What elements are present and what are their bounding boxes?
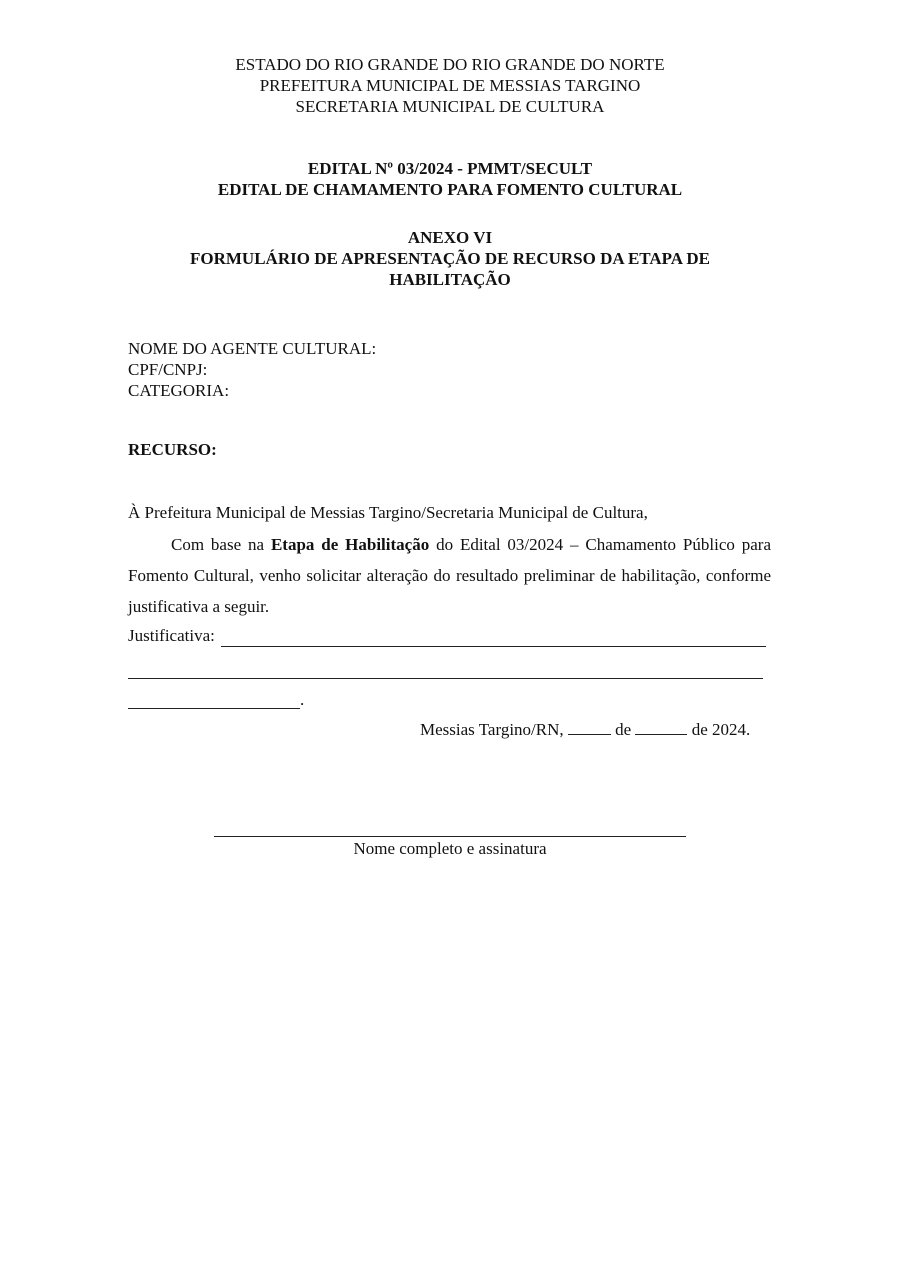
justification-line-2[interactable] [128, 678, 763, 679]
annex-number: ANEXO VI [0, 227, 900, 248]
addressee-line: À Prefeitura Municipal de Messias Targin… [128, 503, 648, 523]
month-blank[interactable] [635, 720, 687, 735]
header-state: ESTADO DO RIO GRANDE DO RIO GRANDE DO NO… [0, 54, 900, 75]
request-paragraph: Com base na Etapa de Habilitação do Edit… [128, 529, 771, 622]
annex-subtitle: FORMULÁRIO DE APRESENTAÇÃO DE RECURSO DA… [0, 248, 900, 269]
header-secretariat: SECRETARIA MUNICIPAL DE CULTURA [0, 96, 900, 117]
agent-name-label: NOME DO AGENTE CULTURAL: [128, 338, 376, 359]
category-label: CATEGORIA: [128, 380, 376, 401]
date-de-1: de [615, 720, 631, 739]
annex-title-block: ANEXO VI FORMULÁRIO DE APRESENTAÇÃO DE R… [0, 227, 900, 290]
recurso-heading: RECURSO: [128, 440, 217, 460]
signature-caption: Nome completo e assinatura [0, 839, 900, 859]
header-prefecture: PREFEITURA MUNICIPAL DE MESSIAS TARGINO [0, 75, 900, 96]
request-text-bold: Etapa de Habilitação [271, 535, 429, 554]
date-place: Messias Targino/RN, [420, 720, 564, 739]
cpf-cnpj-label: CPF/CNPJ: [128, 359, 376, 380]
request-text-pre: Com base na [171, 535, 271, 554]
justification-end-period: . [300, 690, 304, 710]
date-year: de 2024. [692, 720, 751, 739]
header-block: ESTADO DO RIO GRANDE DO RIO GRANDE DO NO… [0, 54, 900, 117]
date-line: Messias Targino/RN, de de 2024. [420, 720, 750, 740]
edital-name: EDITAL DE CHAMAMENTO PARA FOMENTO CULTUR… [0, 179, 900, 200]
edital-title-block: EDITAL Nº 03/2024 - PMMT/SECULT EDITAL D… [0, 158, 900, 200]
signature-line[interactable] [214, 836, 686, 837]
identification-fields: NOME DO AGENTE CULTURAL: CPF/CNPJ: CATEG… [128, 338, 376, 401]
justification-line-1[interactable] [221, 646, 766, 647]
justification-label: Justificativa: [128, 626, 215, 646]
annex-subtitle-cont: HABILITAÇÃO [0, 269, 900, 290]
day-blank[interactable] [568, 720, 611, 735]
justification-line-3[interactable] [128, 708, 300, 709]
edital-number: EDITAL Nº 03/2024 - PMMT/SECULT [0, 158, 900, 179]
